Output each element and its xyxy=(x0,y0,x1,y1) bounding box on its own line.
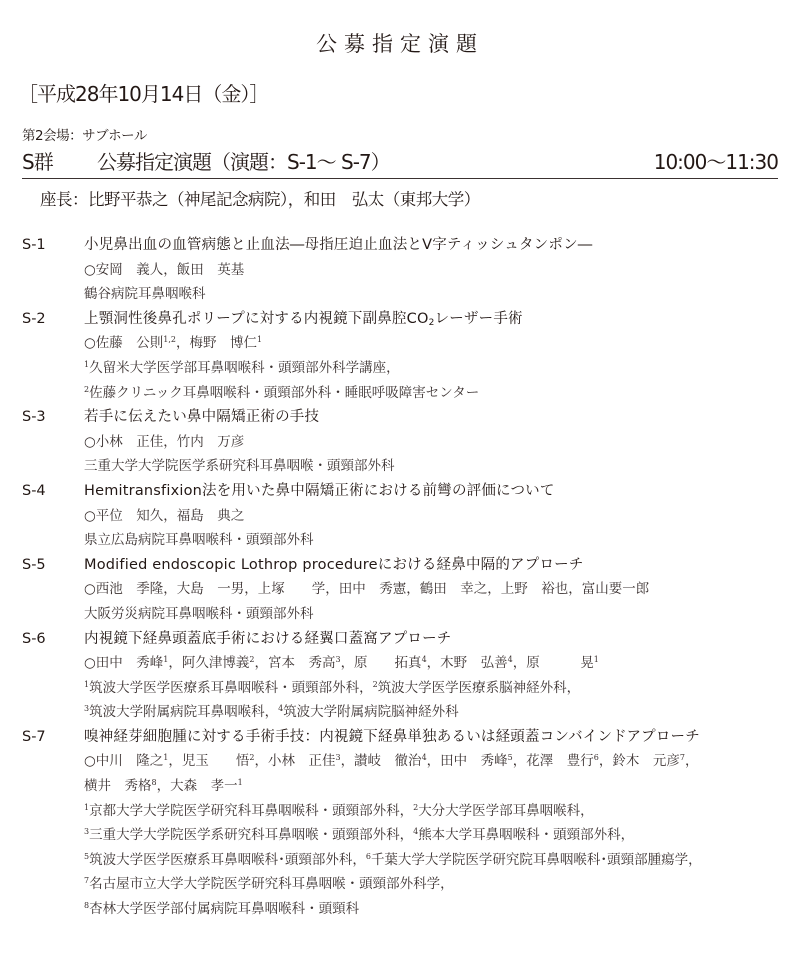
talk-title: 若手に伝えたい鼻中隔矯正術の手技 xyxy=(84,405,319,430)
talk-authors: ○佐藤 公則1,2，梅野 博仁1 xyxy=(84,331,262,356)
session-chairs: 座長：比野平恭之（神尾記念病院），和田 弘太（東邦大学） xyxy=(40,186,480,210)
venue-label: 第2会場：サブホール xyxy=(22,124,147,144)
divider-rule xyxy=(22,178,778,179)
talk-affiliation: 1筑波大学医学医療系耳鼻咽喉科・頭頸部外科，2筑波大学医学医療系脳神経外科， xyxy=(84,676,580,701)
talk-affiliation: 8杏林大学医学部付属病院耳鼻咽喉科・頭頸科 xyxy=(84,897,359,922)
session-time: 10:00～11:30 xyxy=(654,146,778,175)
talk-item-s2: S-2 上顎洞性後鼻孔ポリープに対する内視鏡下副鼻腔CO2レーザー手術 ○佐藤 … xyxy=(0,307,800,405)
talk-affiliation: 鶴谷病院耳鼻咽喉科 xyxy=(84,282,206,307)
talk-item-s1: S-1 小児鼻出血の血管病態と止血法―母指圧迫止血法とV字ティッシュタンポン― … xyxy=(0,233,800,307)
talk-id: S-3 xyxy=(22,405,46,430)
talk-title: 上顎洞性後鼻孔ポリープに対する内視鏡下副鼻腔CO2レーザー手術 xyxy=(84,307,523,332)
talk-affiliation: 5筑波大学医学医療系耳鼻咽喉科･頭頸部外科，6千葉大学大学院医学研究院耳鼻咽喉科… xyxy=(84,848,702,873)
talk-affiliation: 三重大学大学院医学系研究科耳鼻咽喉・頭頸部外科 xyxy=(84,454,395,479)
talk-affiliation: 大阪労災病院耳鼻咽喉科・頭頸部外科 xyxy=(84,602,314,627)
talk-authors: ○平位 知久，福島 典之 xyxy=(84,504,244,529)
talk-id: S-7 xyxy=(22,725,46,750)
talk-title: Hemitransfixion法を用いた鼻中隔矯正術における前彎の評価について xyxy=(84,479,555,504)
talk-item-s3: S-3 若手に伝えたい鼻中隔矯正術の手技 ○小林 正佳，竹内 万彦 三重大学大学… xyxy=(0,405,800,479)
talk-authors: ○田中 秀峰1，阿久津博義2，宮本 秀高3，原 拓真4，木野 弘善4，原 晃1 xyxy=(84,651,599,676)
talk-item-s4: S-4 Hemitransfixion法を用いた鼻中隔矯正術における前彎の評価に… xyxy=(0,479,800,553)
talk-list: S-1 小児鼻出血の血管病態と止血法―母指圧迫止血法とV字ティッシュタンポン― … xyxy=(0,233,800,922)
talk-authors: 横井 秀格8，大森 孝一1 xyxy=(84,774,243,799)
talk-affiliation: 7名古屋市立大学大学院医学研究科耳鼻咽喉・頭頸部外科学， xyxy=(84,872,454,897)
talk-affiliation: 県立広島病院耳鼻咽喉科・頭頸部外科 xyxy=(84,528,314,553)
talk-affiliation: 1久留米大学医学部耳鼻咽喉科・頭頸部外科学講座， xyxy=(84,356,400,381)
talk-item-s6: S-6 内視鏡下経鼻頭蓋底手術における経翼口蓋窩アプローチ ○田中 秀峰1，阿久… xyxy=(0,627,800,725)
talk-id: S-2 xyxy=(22,307,46,332)
talk-id: S-5 xyxy=(22,553,46,578)
talk-id: S-4 xyxy=(22,479,46,504)
talk-affiliation: 2佐藤クリニック耳鼻咽喉科・頭頸部外科・睡眠呼吸障害センター xyxy=(84,381,479,406)
talk-id: S-1 xyxy=(22,233,46,258)
page-title: 公募指定演題 xyxy=(0,28,800,58)
talk-title: 内視鏡下経鼻頭蓋底手術における経翼口蓋窩アプローチ xyxy=(84,627,452,652)
talk-title: Modified endoscopic Lothrop procedureにおけ… xyxy=(84,553,584,578)
talk-title: 嗅神経芽細胞腫に対する手術手技：内視鏡下経鼻単独あるいは経頭蓋コンバインドアプロ… xyxy=(84,725,700,750)
talk-authors: ○中川 隆之1，児玉 悟2，小林 正佳3，讃岐 徹治4，田中 秀峰5，花澤 豊行… xyxy=(84,749,698,774)
talk-authors: ○西池 季隆，大島 一男，上塚 学，田中 秀憲，鶴田 幸之，上野 裕也，富山要一… xyxy=(84,577,649,602)
talk-affiliation: 3筑波大学附属病院耳鼻咽喉科，4筑波大学附属病院脳神経外科 xyxy=(84,700,459,725)
talk-authors: ○安岡 義人，飯田 英基 xyxy=(84,258,244,283)
session-date: ［平成28年10月14日（金）］ xyxy=(18,78,268,107)
talk-affiliation: 3三重大学大学院医学系研究科耳鼻咽喉・頭頸部外科，4熊本大学耳鼻咽喉科・頭頸部外… xyxy=(84,823,634,848)
talk-item-s7: S-7 嗅神経芽細胞腫に対する手術手技：内視鏡下経鼻単独あるいは経頭蓋コンバイン… xyxy=(0,725,800,922)
talk-authors: ○小林 正佳，竹内 万彦 xyxy=(84,430,244,455)
talk-item-s5: S-5 Modified endoscopic Lothrop procedur… xyxy=(0,553,800,627)
session-title: 公募指定演題（演題：S-1～ S-7） xyxy=(97,146,390,175)
talk-title: 小児鼻出血の血管病態と止血法―母指圧迫止血法とV字ティッシュタンポン― xyxy=(84,233,592,258)
talk-id: S-6 xyxy=(22,627,46,652)
session-group: S群 xyxy=(22,146,53,175)
session-header: S群 公募指定演題（演題：S-1～ S-7） 10:00～11:30 xyxy=(22,146,778,178)
talk-affiliation: 1京都大学大学院医学研究科耳鼻咽喉科・頭頸部外科，2大分大学医学部耳鼻咽喉科， xyxy=(84,799,594,824)
